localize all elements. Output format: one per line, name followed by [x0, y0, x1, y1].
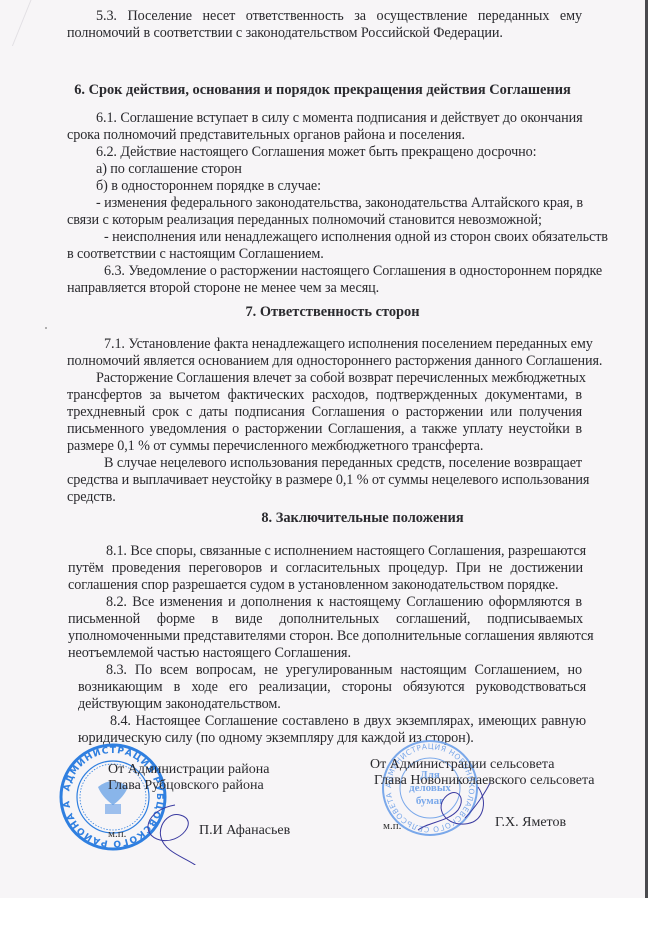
section-7-line: Расторжение Соглашения влечет за собой в… [96, 370, 582, 387]
right-signatory-name: Г.Х. Яметов [495, 814, 566, 831]
section-6-line: направляется второй стороне не менее чем… [67, 280, 582, 297]
section-6-line: в соответствии с настоящим Соглашением. [67, 246, 582, 263]
section-6-line: срока полномочий представительных органо… [67, 127, 582, 144]
section-7-line: В случае нецелевого использования переда… [104, 455, 582, 472]
section-7-line: полномочий является основанием для однос… [67, 353, 582, 370]
section-6-line: а) по соглашение сторон [96, 161, 582, 178]
section-7-line: размере 0,1 % от суммы перечисленного ме… [67, 438, 582, 455]
section-6-heading: 6. Срок действия, основания и порядок пр… [0, 81, 645, 99]
section-6-line: 6.3. Уведомление о расторжении настоящег… [104, 263, 582, 280]
scanned-page: 5.3. Поселение несет ответственность за … [0, 0, 645, 898]
section-6-line: связи с которым реализация переданных по… [67, 212, 582, 229]
page-fold-mark [0, 0, 33, 46]
para-5-3-line-2: полномочий в соответствии с законодатель… [67, 25, 582, 42]
section-8-line: 8.2. Все изменения и дополнения к настоя… [106, 594, 582, 611]
scan-speck [45, 327, 47, 329]
section-7-heading: 7. Ответственность сторон [10, 303, 648, 321]
section-8-heading: 8. Заключительные положения [40, 509, 648, 527]
section-8-line: 8.4. Настоящее Соглашение составлено в д… [110, 713, 586, 730]
section-8-line: письменной форме в виде дополнительных с… [68, 611, 583, 628]
right-party-from: От Администрации сельсовета [370, 756, 554, 773]
right-seal-place: м.п. [383, 820, 401, 832]
section-7-line: письменного уведомления о расторжении Со… [67, 421, 582, 438]
section-8-line: уполномоченными представителями сторон. … [68, 628, 583, 645]
section-8-line: 8.3. По всем вопросам, не урегулированны… [106, 662, 582, 679]
section-8-line: неотъемлемой частью настоящего Соглашени… [68, 645, 583, 662]
section-8-line: возникающим в ходе его реализации, сторо… [78, 679, 586, 696]
section-6-line: 6.2. Действие настоящего Соглашения може… [96, 144, 582, 161]
section-6-line: 6.1. Соглашение вступает в силу с момент… [96, 110, 582, 127]
section-6-line: - изменения федерального законодательств… [96, 195, 582, 212]
section-8-line: действующим законодательством. [78, 696, 593, 713]
section-7-line: 7.1. Установление факта ненадлежащего ис… [104, 336, 582, 353]
section-6-line: б) в одностороннем порядке в случае: [96, 178, 582, 195]
section-6-line: - неисполнения или ненадлежащего исполне… [104, 229, 582, 246]
section-7-line: трансфертов за вычетом фактических расхо… [67, 387, 582, 404]
left-party-from: От Администрации района [108, 761, 269, 778]
section-7-line: средства и выплачивает неустойку в разме… [67, 472, 582, 489]
left-handwritten-signature [115, 795, 225, 865]
right-handwritten-signature [410, 778, 500, 838]
section-8-line: 8.1. Все споры, связанные с исполнением … [106, 543, 582, 560]
para-5-3-line-1: 5.3. Поселение несет ответственность за … [96, 8, 582, 25]
left-party-position: Глава Рубцовского района [108, 777, 264, 794]
section-8-line: путём проведения переговоров и согласите… [68, 560, 583, 577]
section-7-line: трехдневный срок с даты подписания Согла… [67, 404, 582, 421]
section-7-line: средств. [67, 489, 582, 506]
section-8-line: соглашения спор разрешается судом в уста… [68, 577, 583, 594]
